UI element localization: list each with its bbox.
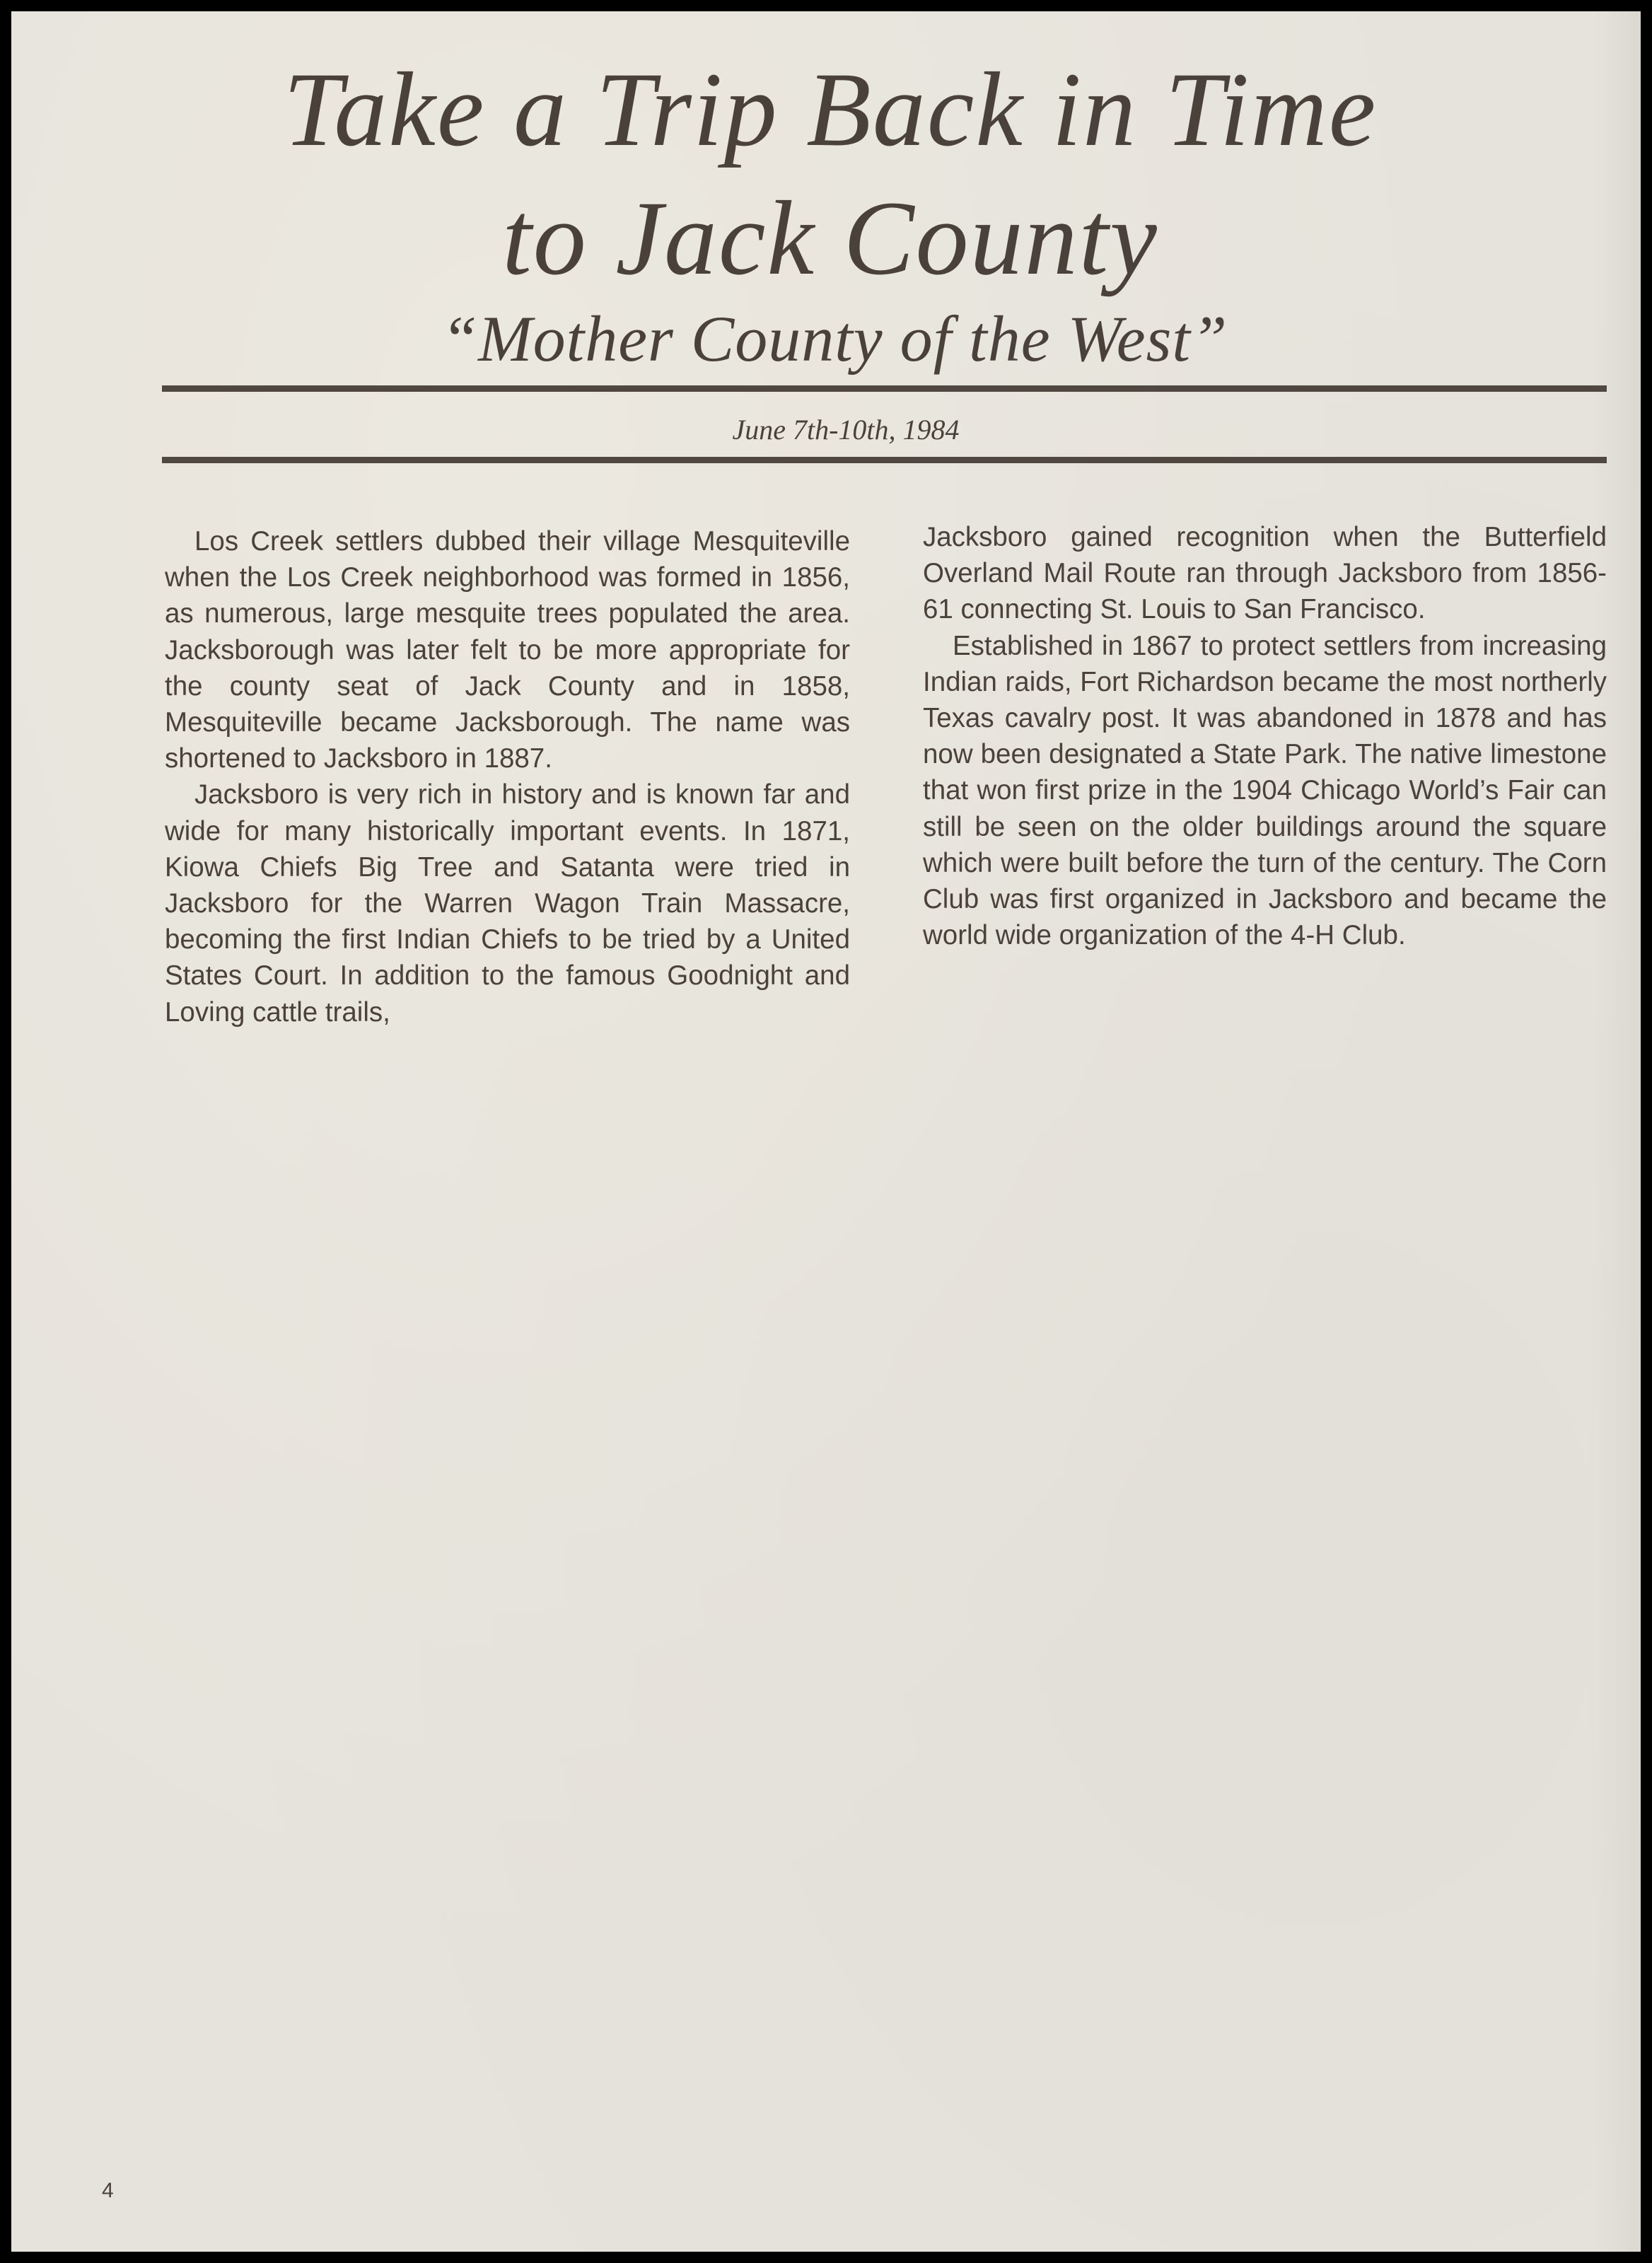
paragraph-los-creek: Los Creek settlers dubbed their village …: [165, 523, 850, 776]
title-line-1: Take a Trip Back in Time: [11, 50, 1645, 170]
article-column-left: Los Creek settlers dubbed their village …: [165, 523, 850, 1030]
page-sheet: Take a Trip Back in Time to Jack County …: [11, 11, 1641, 2252]
top-rule-divider: [162, 385, 1607, 392]
page-number: 4: [102, 2178, 114, 2204]
paragraph-butterfield-continued: Jacksboro gained recognition when the Bu…: [923, 519, 1607, 628]
paragraph-jacksboro-history: Jacksboro is very rich in history and is…: [165, 776, 850, 1030]
event-date: June 7th-10th, 1984: [11, 412, 1652, 448]
article-column-right: Jacksboro gained recognition when the Bu…: [923, 519, 1607, 953]
title-line-2: to Jack County: [11, 178, 1645, 298]
paragraph-fort-richardson: Established in 1867 to protect settlers …: [923, 628, 1607, 954]
subtitle: “Mother County of the West”: [11, 300, 1649, 378]
bottom-rule-divider: [162, 457, 1607, 463]
